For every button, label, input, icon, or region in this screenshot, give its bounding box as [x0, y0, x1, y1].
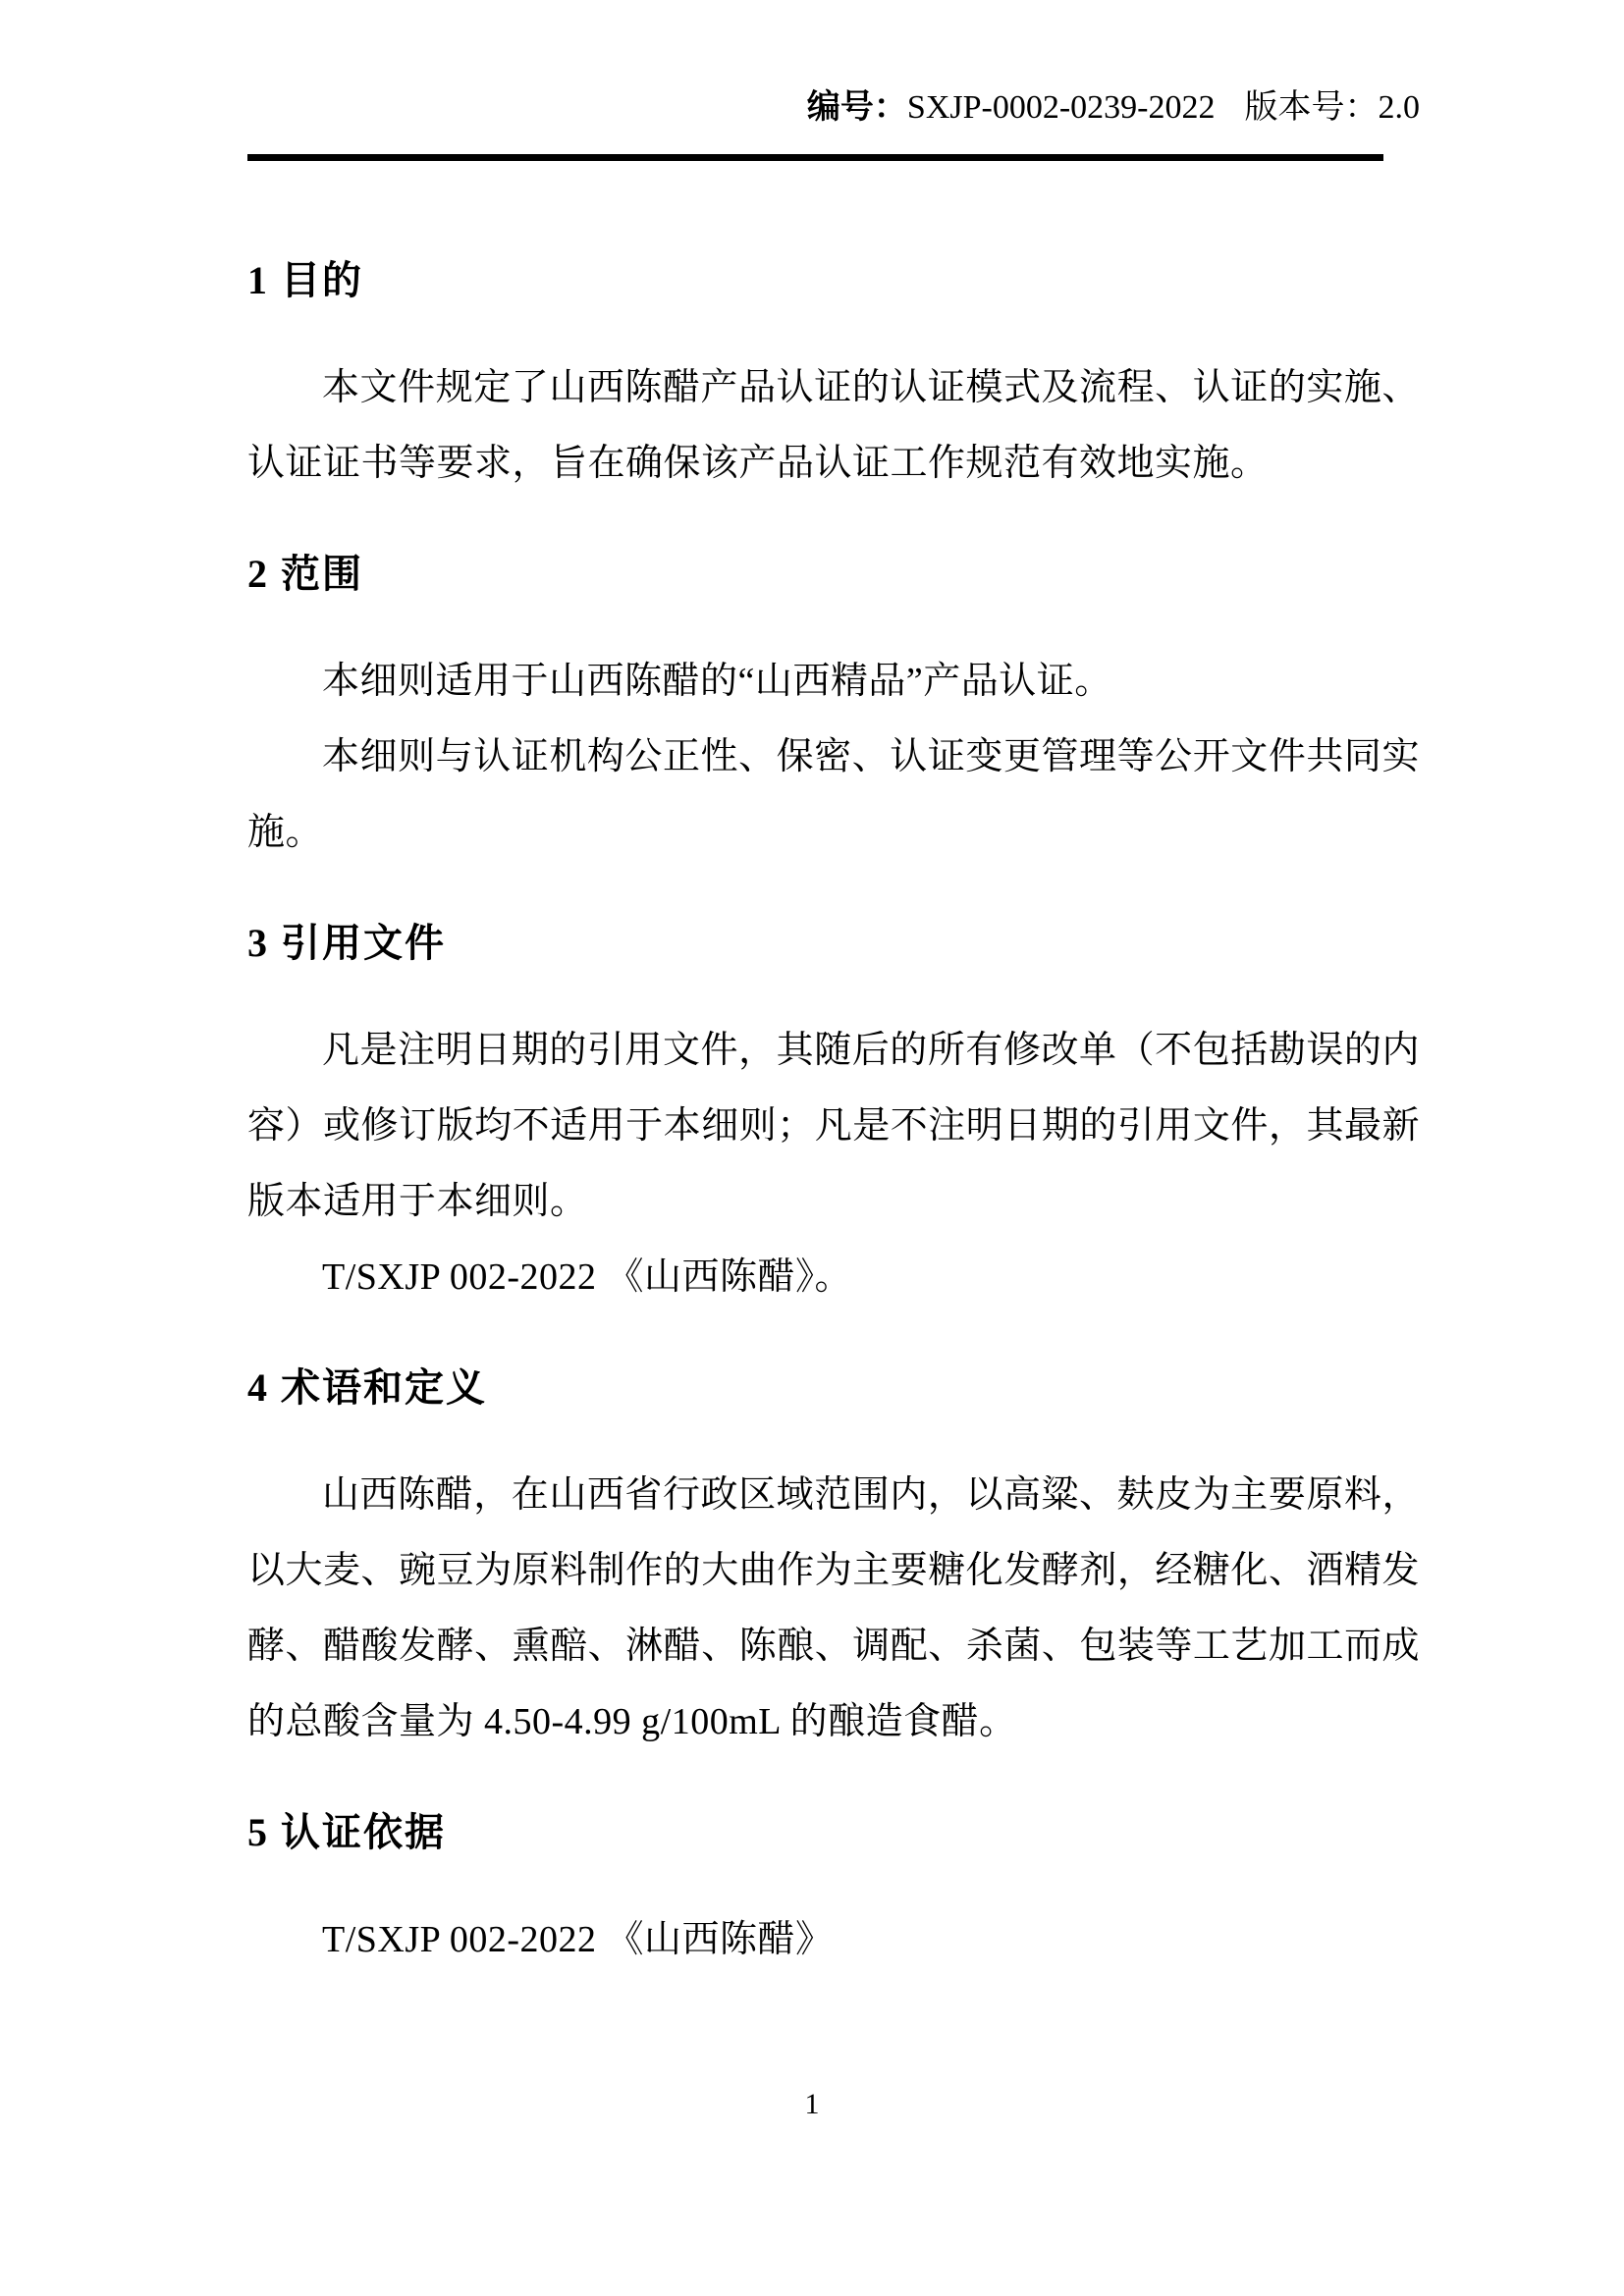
section-heading-terms: 4 术语和定义 [247, 1361, 1420, 1415]
section-heading-basis: 5 认证依据 [247, 1805, 1420, 1860]
paragraph-scope-1: 本细则适用于山西陈醋的“山西精品”产品认证。 [247, 644, 1420, 720]
version-label: 版本号： [1245, 89, 1379, 126]
section-heading-purpose: 1 目的 [247, 253, 1420, 308]
page-number: 1 [0, 2085, 1624, 2124]
paragraph-references-2: T/SXJP 002-2022 《山西陈醋》。 [247, 1240, 1420, 1315]
doc-number-value: SXJP-0002-0239-2022 [907, 89, 1216, 126]
paragraph-references-1: 凡是注明日期的引用文件，其随后的所有修改单（不包括勘误的内容）或修订版均不适用于… [247, 1013, 1420, 1240]
document-page: 编号：SXJP-0002-0239-2022版本号：2.0 1 目的 本文件规定… [0, 0, 1624, 2296]
doc-number-label: 编号： [807, 88, 907, 126]
paragraph-terms: 山西陈醋，在山西省行政区域范围内，以高粱、麸皮为主要原料，以大麦、豌豆为原料制作… [247, 1458, 1420, 1760]
paragraph-purpose: 本文件规定了山西陈醋产品认证的认证模式及流程、认证的实施、认证证书等要求，旨在确… [247, 350, 1420, 502]
document-content: 编号：SXJP-0002-0239-2022版本号：2.0 1 目的 本文件规定… [247, 0, 1420, 1978]
section-heading-scope: 2 范围 [247, 547, 1420, 602]
document-header: 编号：SXJP-0002-0239-2022版本号：2.0 [247, 0, 1420, 131]
header-divider [247, 154, 1383, 161]
section-heading-references: 3 引用文件 [247, 916, 1420, 971]
paragraph-scope-2: 本细则与认证机构公正性、保密、认证变更管理等公开文件共同实施。 [247, 720, 1420, 871]
paragraph-basis: T/SXJP 002-2022 《山西陈醋》 [247, 1902, 1420, 1978]
version-value: 2.0 [1379, 89, 1421, 126]
